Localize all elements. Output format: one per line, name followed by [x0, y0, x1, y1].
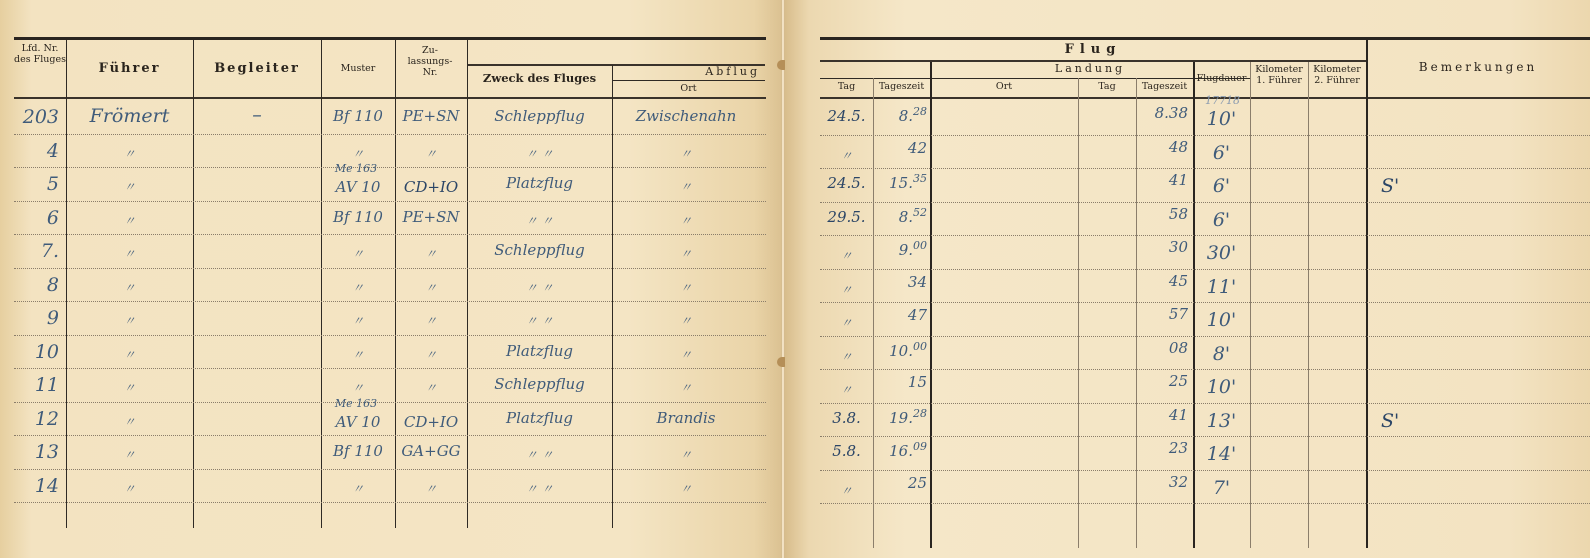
departure-place: 〃: [612, 212, 760, 229]
pilot-name: 〃: [66, 279, 193, 296]
flight-number: 11: [14, 374, 59, 396]
row-rule: [14, 134, 766, 135]
flight-purpose: 〃 〃: [467, 212, 612, 229]
takeoff-time: 15: [873, 373, 927, 391]
col-divider: [1366, 40, 1368, 548]
flight-duration: 13': [1193, 410, 1250, 432]
header-time-of-day: Tageszeit: [873, 82, 930, 93]
takeoff-time: 42: [873, 139, 927, 157]
registration: PE+SN: [395, 208, 467, 226]
flight-duration: 10': [1193, 108, 1250, 130]
header-departure-place: Ort: [612, 84, 765, 95]
flight-number: 4: [14, 140, 59, 162]
row-rule: [820, 403, 1590, 404]
flight-duration: 6': [1193, 175, 1250, 197]
landing-time: 58: [1136, 205, 1188, 223]
departure-place: 〃: [612, 346, 760, 363]
aircraft-type: Bf 110: [321, 107, 395, 125]
takeoff-hour: 15.: [889, 174, 913, 192]
takeoff-day: 〃: [820, 247, 873, 264]
right-page: Flug Tag Tageszeit Landung Ort Tag Tages…: [785, 0, 1590, 558]
takeoff-minute: 34: [908, 273, 927, 291]
landing-time: 41: [1136, 406, 1188, 424]
flight-duration: 7': [1193, 477, 1250, 499]
aircraft-type: 〃: [321, 480, 395, 497]
aircraft-type: 〃: [321, 245, 395, 262]
takeoff-day: 〃: [820, 314, 873, 331]
flight-duration: 10': [1193, 376, 1250, 398]
flight-purpose: 〃 〃: [467, 145, 612, 162]
takeoff-day: 〃: [820, 348, 873, 365]
pilot-name: 〃: [66, 446, 193, 463]
departure-place: Zwischenahn: [612, 107, 760, 125]
takeoff-hour: 16.: [889, 442, 913, 460]
flight-number: 10: [14, 341, 59, 363]
pilot-name: Frömert: [66, 105, 193, 127]
flight-number: 203: [14, 106, 59, 128]
flight-purpose: 〃 〃: [467, 480, 612, 497]
aircraft-type: AV 10: [321, 413, 395, 431]
aircraft-type: AV 10: [321, 178, 395, 196]
row-rule: [14, 335, 766, 336]
landing-time: 48: [1136, 138, 1188, 156]
registration: GA+GG: [395, 442, 467, 460]
row-rule: [14, 435, 766, 436]
row-rule: [820, 336, 1590, 337]
pilot-name: 〃: [66, 379, 193, 396]
header-landing-place: Ort: [930, 82, 1078, 93]
takeoff-minute: 00: [913, 340, 927, 353]
departure-subheader-rule: [612, 80, 765, 81]
row-rule: [820, 235, 1590, 236]
takeoff-minute: 28: [913, 105, 927, 118]
takeoff-time: 15.35: [873, 172, 927, 192]
registration: 〃: [395, 480, 467, 497]
row-rule: [14, 234, 766, 235]
header-day: Tag: [820, 82, 873, 93]
flight-number: 13: [14, 441, 59, 463]
aircraft-type: 〃: [321, 312, 395, 329]
flight-number: 8: [14, 274, 59, 296]
header-type: Muster: [321, 64, 395, 75]
header-landing-day: Tag: [1078, 82, 1136, 93]
row-rule: [820, 135, 1590, 136]
pilot-name: 〃: [66, 346, 193, 363]
departure-place: 〃: [612, 480, 760, 497]
aircraft-type: 〃: [321, 346, 395, 363]
row-rule: [14, 268, 766, 269]
flight-purpose: 〃 〃: [467, 279, 612, 296]
header-km-pilot2: Kilometer 2. Führer: [1308, 65, 1366, 87]
top-rule: [820, 37, 1590, 40]
pilot-name: 〃: [66, 178, 193, 195]
row-rule: [820, 503, 1590, 504]
registration: 〃: [395, 279, 467, 296]
flight-duration: 14': [1193, 443, 1250, 465]
flight-purpose: 〃 〃: [467, 446, 612, 463]
flight-duration: 11': [1193, 276, 1250, 298]
landing-time: 45: [1136, 272, 1188, 290]
row-rule: [14, 301, 766, 302]
takeoff-day: 24.5.: [820, 174, 873, 192]
flight-duration: 8': [1193, 343, 1250, 365]
takeoff-time: 25: [873, 474, 927, 492]
takeoff-time: 34: [873, 273, 927, 291]
header-bottom-rule: [14, 97, 766, 99]
takeoff-day: 29.5.: [820, 208, 873, 226]
takeoff-minute: 28: [913, 407, 927, 420]
left-page: Lfd. Nr. des Fluges Führer Begleiter Mus…: [0, 0, 785, 558]
row-rule: [820, 168, 1590, 169]
companion-name: –: [193, 104, 321, 126]
takeoff-time: 16.09: [873, 440, 927, 460]
flight-number: 5: [14, 173, 59, 195]
flight-purpose: Platzflug: [467, 342, 612, 360]
departure-place: 〃: [612, 245, 760, 262]
row-rule: [820, 369, 1590, 370]
flight-purpose: Platzflug: [467, 174, 612, 192]
departure-place: 〃: [612, 312, 760, 329]
registration: 〃: [395, 346, 467, 363]
header-km-pilot1: Kilometer 1. Führer: [1250, 65, 1308, 87]
row-rule: [820, 436, 1590, 437]
row-rule: [820, 302, 1590, 303]
landing-time: 25: [1136, 372, 1188, 390]
registration: 〃: [395, 145, 467, 162]
landing-time: 32: [1136, 473, 1188, 491]
departure-place: 〃: [612, 279, 760, 296]
takeoff-minute: 25: [908, 474, 927, 492]
takeoff-minute: 00: [913, 239, 927, 252]
header-departure: Abflug: [612, 66, 760, 79]
pilot-name: 〃: [66, 245, 193, 262]
aircraft-type: Bf 110: [321, 442, 395, 460]
header-purpose: Zweck des Fluges: [467, 72, 612, 85]
takeoff-time: 9.00: [873, 239, 927, 259]
takeoff-hour: 8.: [899, 107, 913, 125]
takeoff-minute: 52: [913, 206, 927, 219]
takeoff-time: 10.00: [873, 340, 927, 360]
takeoff-day: 〃: [820, 381, 873, 398]
departure-place: 〃: [612, 379, 760, 396]
flight-duration: 6': [1193, 142, 1250, 164]
registration: CD+IO: [395, 413, 467, 431]
pilot-name: 〃: [66, 145, 193, 162]
aircraft-type-note: Me 163: [326, 162, 386, 175]
flight-duration: 30': [1193, 242, 1250, 264]
takeoff-subheader-rule: [820, 78, 930, 79]
top-rule: [14, 37, 766, 40]
header-companion: Begleiter: [193, 62, 321, 77]
takeoff-day: 5.8.: [820, 442, 873, 460]
registration: 〃: [395, 312, 467, 329]
registration: PE+SN: [395, 107, 467, 125]
takeoff-minute: 35: [913, 172, 927, 185]
takeoff-time: 47: [873, 306, 927, 324]
flight-purpose: Platzflug: [467, 409, 612, 427]
flight-purpose: Schleppflug: [467, 107, 612, 125]
pilot-name: 〃: [66, 212, 193, 229]
takeoff-day: 〃: [820, 147, 873, 164]
aircraft-type-note: Me 163: [326, 397, 386, 410]
header-pilot: Führer: [66, 62, 193, 77]
takeoff-minute: 15: [908, 373, 927, 391]
row-rule: [820, 269, 1590, 270]
takeoff-day: 〃: [820, 482, 873, 499]
aircraft-type: 〃: [321, 145, 395, 162]
flight-duration: 10': [1193, 309, 1250, 331]
pilot-name: 〃: [66, 480, 193, 497]
header-flight: Flug: [820, 43, 1366, 58]
takeoff-minute: 47: [908, 306, 927, 324]
landing-time: 08: [1136, 339, 1188, 357]
header-flight-no: Lfd. Nr. des Fluges: [14, 44, 66, 66]
flight-purpose: 〃 〃: [467, 312, 612, 329]
row-rule: [14, 167, 766, 168]
landing-time: 23: [1136, 439, 1188, 457]
landing-time: 8.38: [1136, 104, 1188, 122]
row-rule: [14, 469, 766, 470]
aircraft-type: 〃: [321, 379, 395, 396]
takeoff-hour: 10.: [889, 342, 913, 360]
row-rule: [820, 202, 1590, 203]
takeoff-time: 8.52: [873, 206, 927, 226]
col-divider: [1078, 78, 1079, 548]
aircraft-type: Bf 110: [321, 208, 395, 226]
flight-duration: 6': [1193, 209, 1250, 231]
landing-time: 30: [1136, 238, 1188, 256]
takeoff-hour: 8.: [899, 208, 913, 226]
registration: 〃: [395, 379, 467, 396]
landing-time: 41: [1136, 171, 1188, 189]
takeoff-minute: 09: [913, 440, 927, 453]
remark-entry: S': [1381, 175, 1421, 197]
departure-place: 〃: [612, 446, 760, 463]
registration: 〃: [395, 245, 467, 262]
takeoff-day: 3.8.: [820, 409, 873, 427]
flight-number: 12: [14, 408, 59, 430]
row-rule: [14, 201, 766, 202]
margin-note: 17718: [1205, 94, 1240, 107]
header-registration: Zu- lassungs- Nr.: [400, 46, 460, 79]
row-rule: [14, 502, 766, 503]
header-remarks: Bemerkungen: [1366, 61, 1590, 75]
takeoff-time: 19.28: [873, 407, 927, 427]
registration: CD+IO: [395, 178, 467, 196]
takeoff-minute: 42: [908, 139, 927, 157]
aircraft-type: 〃: [321, 279, 395, 296]
landing-time: 57: [1136, 305, 1188, 323]
flight-purpose: Schleppflug: [467, 375, 612, 393]
takeoff-day: 〃: [820, 281, 873, 298]
row-rule: [14, 368, 766, 369]
takeoff-hour: 9.: [899, 241, 913, 259]
remark-entry: S': [1381, 410, 1421, 432]
departure-place: 〃: [612, 145, 760, 162]
pilot-name: 〃: [66, 312, 193, 329]
flight-number: 14: [14, 475, 59, 497]
takeoff-hour: 19.: [889, 409, 913, 427]
header-landing-time: Tageszeit: [1136, 82, 1193, 93]
header-duration: Flugdauer: [1193, 74, 1250, 85]
flight-number: 9: [14, 307, 59, 329]
flight-number: 7.: [14, 240, 59, 262]
takeoff-time: 8.28: [873, 105, 927, 125]
row-rule: [14, 402, 766, 403]
takeoff-day: 24.5.: [820, 107, 873, 125]
flight-purpose: Schleppflug: [467, 241, 612, 259]
departure-place: Brandis: [612, 409, 760, 427]
flight-number: 6: [14, 207, 59, 229]
pilot-name: 〃: [66, 413, 193, 430]
row-rule: [820, 470, 1590, 471]
departure-place: 〃: [612, 178, 760, 195]
